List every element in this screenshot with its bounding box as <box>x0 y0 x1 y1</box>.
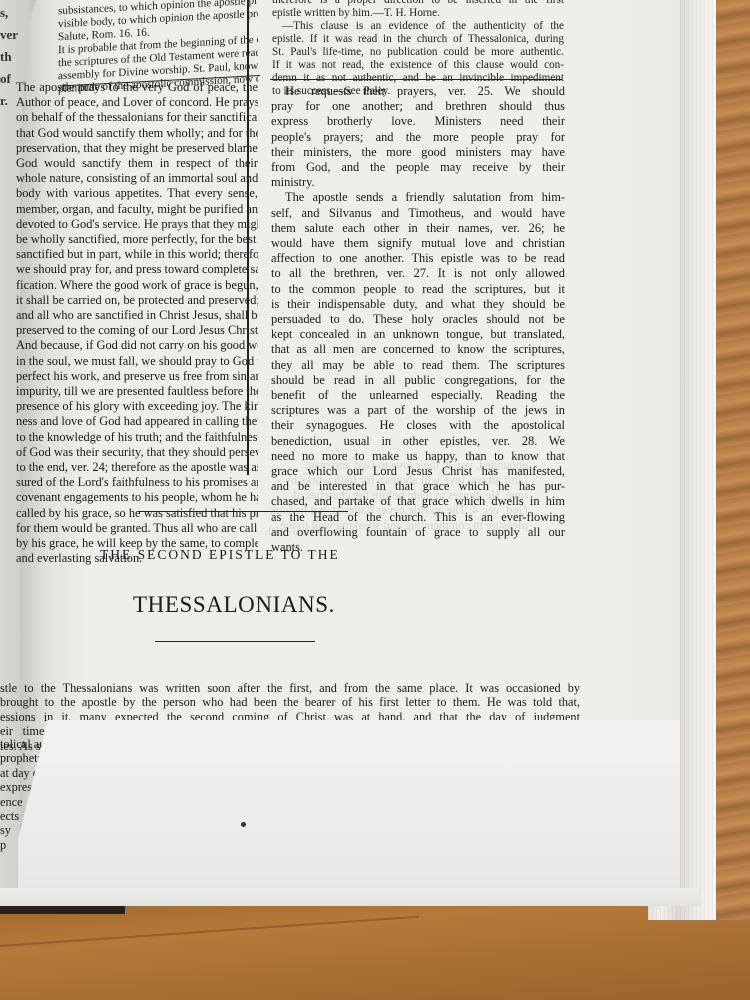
ink-dot <box>241 822 246 827</box>
column-divider <box>247 0 249 475</box>
epistle-heading-line1: THE SECOND EPISTLE TO THE <box>100 547 340 563</box>
section-divider-bottom <box>155 641 315 642</box>
section-divider-top <box>138 511 348 512</box>
footnote-divider-right <box>270 79 562 80</box>
epistle-heading-title: THESSALONIANS. <box>133 592 335 618</box>
insert-sheet-edge <box>0 888 700 906</box>
book-cover-edge <box>713 0 750 920</box>
left-column-body: The apostle prays to the very God of pea… <box>16 80 258 567</box>
folded-insert-sheet <box>18 720 680 892</box>
dark-gap <box>0 906 125 914</box>
right-column-body: He requests their prayers, ver. 25. We s… <box>271 84 565 555</box>
